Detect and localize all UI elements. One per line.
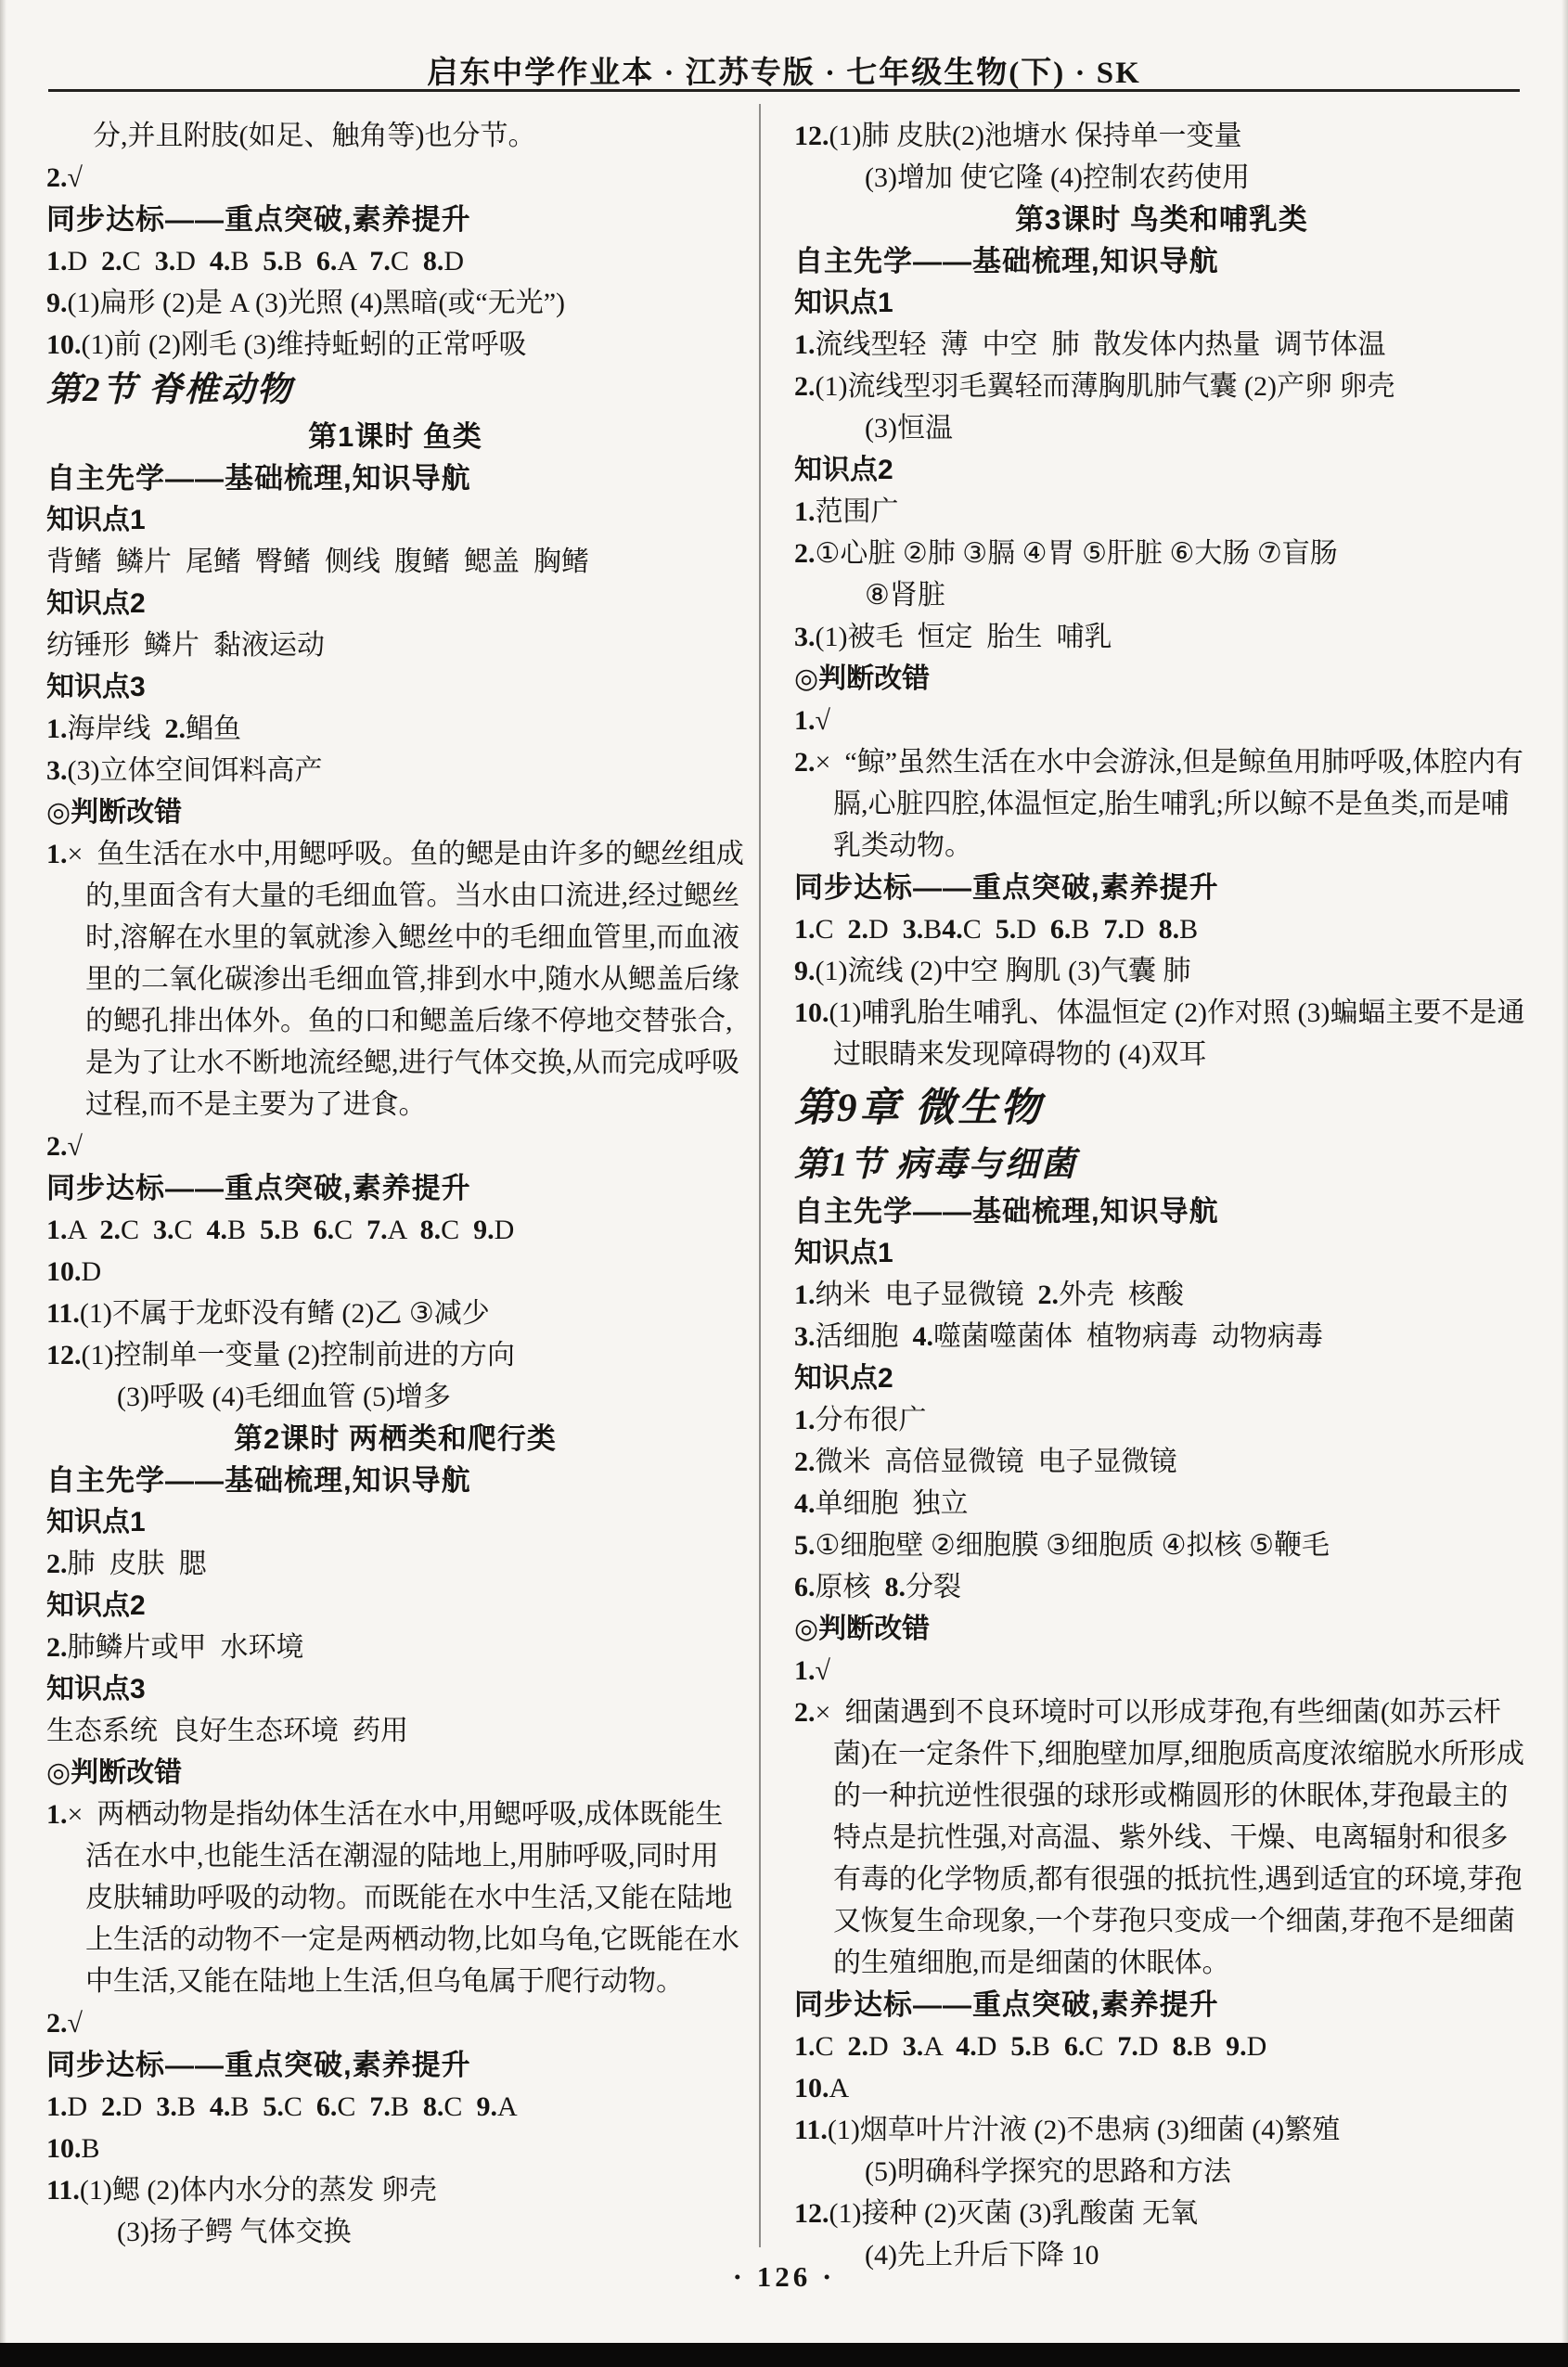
answer-paragraph: 1.× 鱼生活在水中,用鳃呼吸。鱼的鳃是由许多的鳃丝组成的,里面含有大量的毛细血… <box>46 833 744 1126</box>
lesson-heading: 第1课时 鱼类 <box>46 416 744 457</box>
answer-line: 1.分布很广 <box>794 1399 1529 1441</box>
answer-line: 2.√ <box>46 2002 744 2044</box>
knowledge-point-heading: 知识点3 <box>46 1668 744 1710</box>
answer-sub-line: ⑧肾脏 <box>794 574 1529 616</box>
answer-line: 1.D 2.C 3.D 4.B 5.B 6.A 7.C 8.D <box>46 240 744 282</box>
answer-line: 5.①细胞壁 ②细胞膜 ③细胞质 ④拟核 ⑤鞭毛 <box>794 1524 1529 1566</box>
answer-line: 1.√ <box>794 700 1529 741</box>
knowledge-point-heading: 知识点1 <box>794 1232 1529 1274</box>
workbook-answer-page: 启东中学作业本 · 江苏专版 · 七年级生物(下) · SK 分,并且附肢(如足… <box>0 0 1568 2367</box>
answer-line: 1.C 2.D 3.A 4.D 5.B 6.C 7.D 8.B 9.D <box>794 2026 1529 2067</box>
answer-paragraph: 2.× 细菌遇到不良环境时可以形成芽孢,有些细菌(如苏云杆菌)在一定条件下,细胞… <box>794 1692 1529 1984</box>
answer-line: 3.(3)立体空间饵料高产 <box>46 750 744 791</box>
answer-continuation-line: 分,并且附肢(如足、触角等)也分节。 <box>46 115 744 157</box>
column-divider <box>759 104 761 2247</box>
answer-line: 10.A <box>794 2067 1529 2109</box>
lesson-heading: 第2课时 两栖类和爬行类 <box>46 1418 744 1460</box>
knowledge-point-heading: 知识点1 <box>46 1501 744 1543</box>
answer-paragraph: 1.× 两栖动物是指幼体生活在水中,用鳃呼吸,成体既能生活在水中,也能生活在潮湿… <box>46 1794 744 2002</box>
page-number: · 126 · <box>0 2260 1568 2294</box>
answer-sub-line: (5)明确科学探究的思路和方法 <box>794 2151 1529 2193</box>
heading-self-study: 自主先学——基础梳理,知识导航 <box>794 240 1529 282</box>
knowledge-point-heading: 知识点2 <box>794 449 1529 491</box>
answer-paragraph: 10.(1)前 (2)刚毛 (3)维持蚯蚓的正常呼吸 <box>46 324 744 366</box>
answer-sub-line: (3)恒温 <box>794 407 1529 449</box>
answer-paragraph: 11.(1)鳃 (2)体内水分的蒸发 卵壳 <box>46 2169 744 2211</box>
answer-line: 生态系统 良好生态环境 药用 <box>46 1710 744 1752</box>
answer-sub-line: (3)增加 使它隆 (4)控制农药使用 <box>794 157 1529 199</box>
knowledge-point-heading: 知识点2 <box>46 1585 744 1627</box>
answer-paragraph: 9.(1)流线 (2)中空 胸肌 (3)气囊 肺 <box>794 950 1529 992</box>
answer-line: 2.√ <box>46 157 744 199</box>
knowledge-point-heading: 知识点3 <box>46 666 744 708</box>
answer-paragraph: 9.(1)扁形 (2)是 A (3)光照 (4)黑暗(或“无光”) <box>46 282 744 324</box>
answer-paragraph: 2.(1)流线型羽毛翼轻而薄胸肌肺气囊 (2)产卵 卵壳 <box>794 366 1529 407</box>
heading-self-study: 自主先学——基础梳理,知识导航 <box>46 457 744 499</box>
page-right-edge <box>1562 0 1568 2367</box>
right-column: 12.(1)肺 皮肤(2)池塘水 保持单一变量(3)增加 使它隆 (4)控制农药… <box>794 115 1529 2276</box>
scan-bottom-bar <box>0 2343 1568 2367</box>
answer-line: 2.√ <box>46 1126 744 1167</box>
judge-and-correct-heading: ◎判断改错 <box>794 658 1529 700</box>
answer-line: 1.A 2.C 3.C 4.B 5.B 6.C 7.A 8.C 9.D <box>46 1209 744 1251</box>
page-left-edge <box>0 0 6 2367</box>
heading-self-study: 自主先学——基础梳理,知识导航 <box>794 1190 1529 1232</box>
answer-line: 纺锤形 鳞片 黏液运动 <box>46 624 744 666</box>
answer-paragraph: 12.(1)肺 皮肤(2)池塘水 保持单一变量 <box>794 115 1529 157</box>
knowledge-point-heading: 知识点1 <box>794 282 1529 324</box>
judge-and-correct-heading: ◎判断改错 <box>46 1752 744 1794</box>
heading-sync-standard: 同步达标——重点突破,素养提升 <box>46 2044 744 2086</box>
answer-paragraph: 11.(1)不属于龙虾没有鳍 (2)乙 ③减少 <box>46 1293 744 1334</box>
answer-paragraph: 10.(1)哺乳胎生哺乳、体温恒定 (2)作对照 (3)蝙蝠主要不是通过眼睛来发… <box>794 992 1529 1075</box>
heading-sync-standard: 同步达标——重点突破,素养提升 <box>46 199 744 240</box>
answer-line: 1.流线型轻 薄 中空 肺 散发体内热量 调节体温 <box>794 324 1529 366</box>
answer-line: 1.范围广 <box>794 491 1529 533</box>
answer-line: 10.D <box>46 1251 744 1293</box>
answer-line: 1.D 2.D 3.B 4.B 5.C 6.C 7.B 8.C 9.A <box>46 2086 744 2128</box>
answer-line: 6.原核 8.分裂 <box>794 1566 1529 1608</box>
answer-line: 10.B <box>46 2128 744 2169</box>
answer-paragraph: 12.(1)接种 (2)灭菌 (3)乳酸菌 无氧 <box>794 2193 1529 2234</box>
section-heading: 第2节 脊椎动物 <box>46 366 744 416</box>
answer-line: 4.单细胞 独立 <box>794 1483 1529 1524</box>
answer-line: 2.微米 高倍显微镜 电子显微镜 <box>794 1441 1529 1483</box>
answer-sub-line: (3)呼吸 (4)毛细血管 (5)增多 <box>46 1376 744 1418</box>
heading-sync-standard: 同步达标——重点突破,素养提升 <box>794 1984 1529 2026</box>
header-rule <box>48 89 1520 92</box>
answer-line: 背鳍 鳞片 尾鳍 臀鳍 侧线 腹鳍 鳃盖 胸鳍 <box>46 541 744 583</box>
knowledge-point-heading: 知识点2 <box>794 1357 1529 1399</box>
answer-paragraph: 11.(1)烟草叶片汁液 (2)不患病 (3)细菌 (4)繁殖 <box>794 2109 1529 2151</box>
answer-paragraph: 2.①心脏 ②肺 ③膈 ④胃 ⑤肝脏 ⑥大肠 ⑦盲肠 <box>794 533 1529 574</box>
heading-self-study: 自主先学——基础梳理,知识导航 <box>46 1460 744 1501</box>
answer-line: 3.活细胞 4.噬菌噬菌体 植物病毒 动物病毒 <box>794 1316 1529 1357</box>
chapter-heading: 第9章 微生物 <box>794 1079 1529 1138</box>
answer-line: 1.C 2.D 3.B4.C 5.D 6.B 7.D 8.B <box>794 908 1529 950</box>
left-column: 分,并且附肢(如足、触角等)也分节。2.√同步达标——重点突破,素养提升1.D … <box>46 115 744 2253</box>
judge-and-correct-heading: ◎判断改错 <box>46 791 744 833</box>
answer-line: 2.肺鳞片或甲 水环境 <box>46 1627 744 1668</box>
answer-line: 1.海岸线 2.鲳鱼 <box>46 708 744 750</box>
section-heading: 第1节 病毒与细菌 <box>794 1140 1529 1190</box>
lesson-heading: 第3课时 鸟类和哺乳类 <box>794 199 1529 240</box>
page-header-title: 启东中学作业本 · 江苏专版 · 七年级生物(下) · SK <box>0 48 1568 92</box>
answer-line: 3.(1)被毛 恒定 胎生 哺乳 <box>794 616 1529 658</box>
answer-line: 1.纳米 电子显微镜 2.外壳 核酸 <box>794 1274 1529 1316</box>
answer-line: 1.√ <box>794 1650 1529 1692</box>
heading-sync-standard: 同步达标——重点突破,素养提升 <box>46 1167 744 1209</box>
knowledge-point-heading: 知识点1 <box>46 499 744 541</box>
answer-paragraph: 12.(1)控制单一变量 (2)控制前进的方向 <box>46 1334 744 1376</box>
knowledge-point-heading: 知识点2 <box>46 583 744 624</box>
judge-and-correct-heading: ◎判断改错 <box>794 1608 1529 1650</box>
heading-sync-standard: 同步达标——重点突破,素养提升 <box>794 867 1529 908</box>
answer-line: 2.肺 皮肤 腮 <box>46 1543 744 1585</box>
answer-paragraph: 2.× “鲸”虽然生活在水中会游泳,但是鲸鱼用肺呼吸,体腔内有膈,心脏四腔,体温… <box>794 741 1529 867</box>
answer-sub-line: (3)扬子鳄 气体交换 <box>46 2211 744 2253</box>
